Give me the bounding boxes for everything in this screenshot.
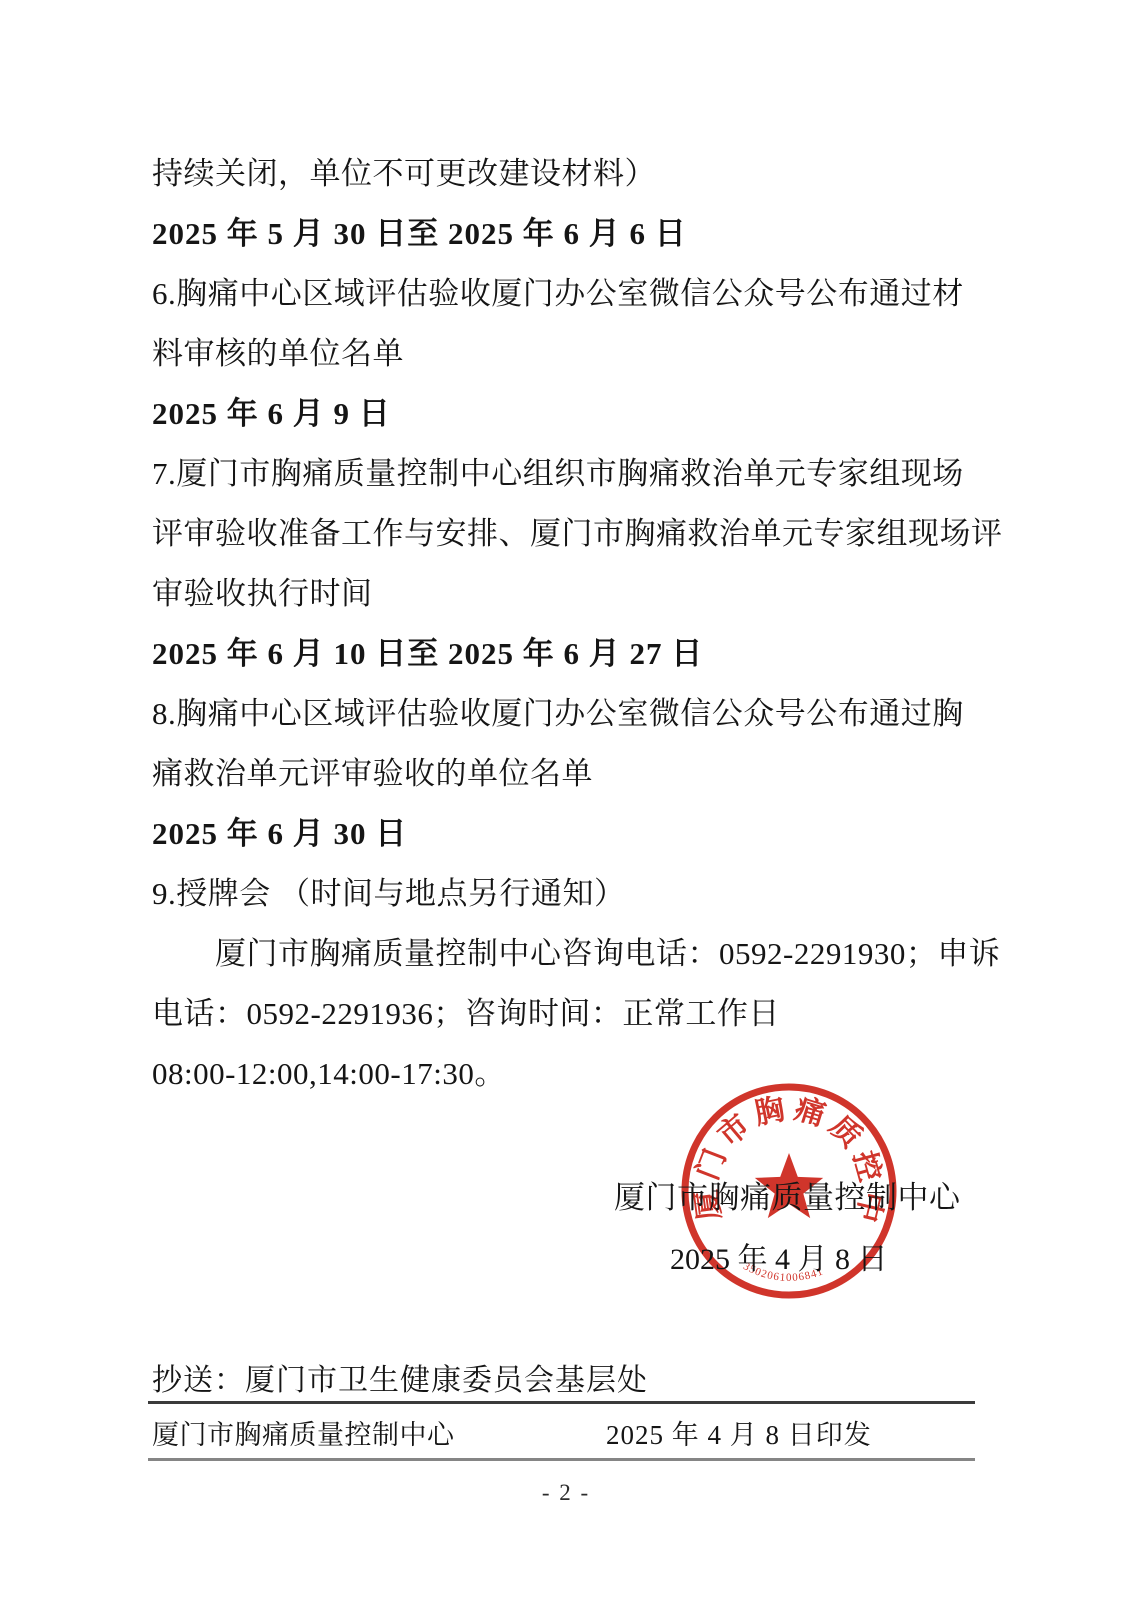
footer-print-date: 2025 年 4 月 8 日印发 <box>606 1413 872 1452</box>
schedule-date-line: 2025 年 6 月 9 日 <box>152 384 992 444</box>
document-body: 持续关闭，单位不可更改建设材料） 2025 年 5 月 30 日至 2025 年… <box>152 144 992 1104</box>
schedule-item-7-line: 评审验收准备工作与安排、厦门市胸痛救治单元专家组现场评 <box>152 504 992 564</box>
footer-divider-bottom <box>148 1458 975 1461</box>
schedule-item-6-line: 6.胸痛中心区域评估验收厦门办公室微信公众号公布通过材 <box>152 264 992 324</box>
schedule-date-line: 2025 年 6 月 10 日至 2025 年 6 月 27 日 <box>152 624 992 684</box>
schedule-date-line: 2025 年 6 月 30 日 <box>152 804 992 864</box>
schedule-item-7-line: 7.厦门市胸痛质量控制中心组织市胸痛救治单元专家组现场 <box>152 444 992 504</box>
schedule-item-8-line: 8.胸痛中心区域评估验收厦门办公室微信公众号公布通过胸 <box>152 684 992 744</box>
schedule-item-7-line: 审验收执行时间 <box>152 564 992 624</box>
paragraph-continuation-line: 持续关闭，单位不可更改建设材料） <box>152 144 992 204</box>
schedule-item-6-line: 料审核的单位名单 <box>152 324 992 384</box>
schedule-item-8-line: 痛救治单元评审验收的单位名单 <box>152 744 992 804</box>
signature-date: 2025 年 4 月 8 日 <box>670 1234 888 1278</box>
signature-organization: 厦门市胸痛质量控制中心 <box>614 1172 961 1217</box>
footer-divider-top <box>148 1401 975 1404</box>
schedule-date-line: 2025 年 5 月 30 日至 2025 年 6 月 6 日 <box>152 204 992 264</box>
schedule-item-9-line: 9.授牌会 （时间与地点另行通知） <box>152 864 992 924</box>
footer-issuing-org: 厦门市胸痛质量控制中心 <box>152 1413 455 1452</box>
document-page: 持续关闭，单位不可更改建设材料） 2025 年 5 月 30 日至 2025 年… <box>0 0 1132 1600</box>
cc-recipient-line: 抄送：厦门市卫生健康委员会基层处 <box>152 1355 648 1399</box>
contact-info-line: 厦门市胸痛质量控制中心咨询电话：0592-2291930；申诉 <box>152 924 992 984</box>
contact-info-line: 电话：0592-2291936；咨询时间：正常工作日 <box>152 984 992 1044</box>
page-number: - 2 - <box>0 1480 1132 1506</box>
